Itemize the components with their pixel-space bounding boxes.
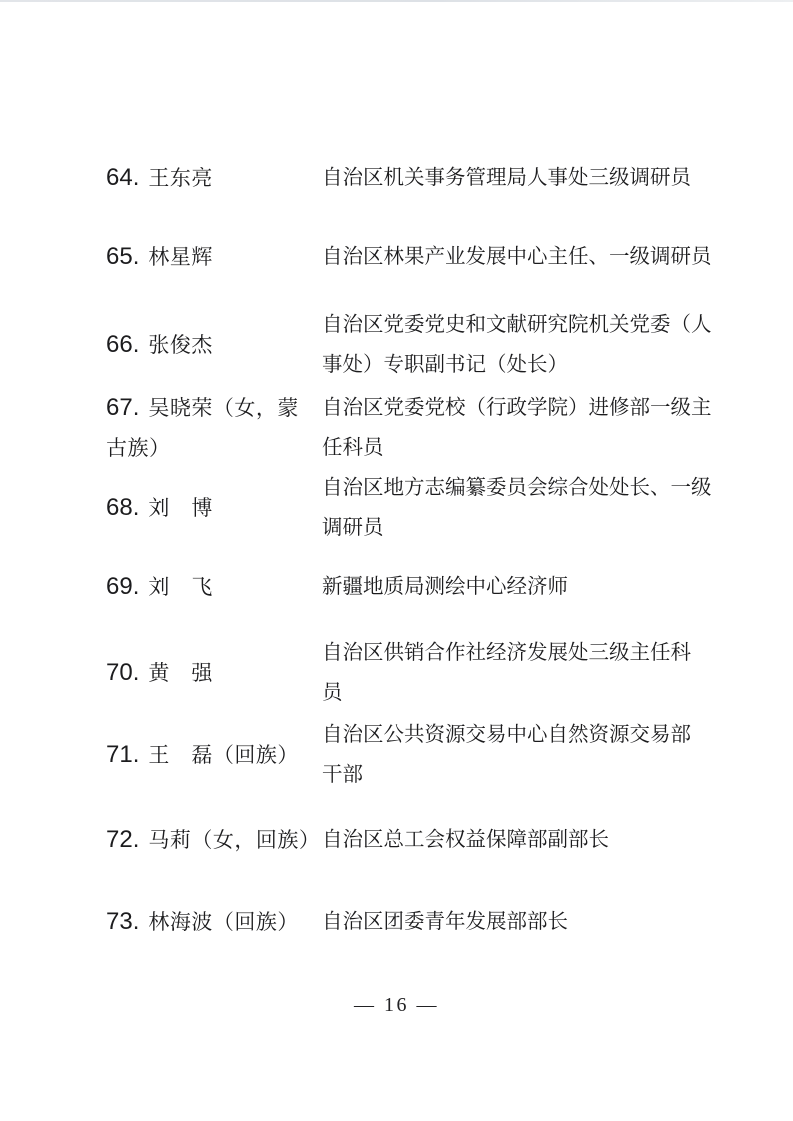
person-name-line: 72.马莉（女，回族） xyxy=(106,820,322,860)
position-line: 自治区林果产业发展中心主任、一级调研员 xyxy=(322,237,724,277)
name-text: 林海波（回族） xyxy=(148,910,299,934)
person-position: 新疆地质局测绘中心经济师 xyxy=(322,567,724,607)
item-number: 72. xyxy=(106,826,139,853)
item-number: 65. xyxy=(106,243,139,270)
page-footer: — 16 — xyxy=(0,985,793,1025)
page-number: — 16 — xyxy=(354,994,439,1016)
name-text: 王 磊（回族） xyxy=(148,743,299,767)
name-text: 刘 飞 xyxy=(148,575,213,599)
position-line: 任科员 xyxy=(322,428,724,468)
list-item: 73.林海波（回族） 自治区团委青年发展部部长 xyxy=(106,902,724,942)
name-text: 古族） xyxy=(106,436,171,460)
person-position: 自治区林果产业发展中心主任、一级调研员 xyxy=(322,237,724,277)
item-number: 70. xyxy=(106,659,139,686)
person-position: 自治区团委青年发展部部长 xyxy=(322,902,724,942)
position-line: 自治区供销合作社经济发展处三级主任科 xyxy=(322,633,724,673)
person-name: 67.吴晓荣（女，蒙古族） xyxy=(106,388,322,468)
position-line: 调研员 xyxy=(322,508,724,548)
person-name: 65.林星辉 xyxy=(106,237,322,277)
person-name-line: 66.张俊杰 xyxy=(106,325,322,365)
person-name-line: 65.林星辉 xyxy=(106,237,322,277)
person-name-line: 69.刘 飞 xyxy=(106,567,322,607)
person-name: 72.马莉（女，回族） xyxy=(106,820,322,860)
position-line: 自治区机关事务管理局人事处三级调研员 xyxy=(322,158,724,198)
list-item: 69.刘 飞 新疆地质局测绘中心经济师 xyxy=(106,567,724,607)
person-name: 64.王东亮 xyxy=(106,158,322,198)
position-line: 事处）专职副书记（处长） xyxy=(322,345,724,385)
list-item: 71.王 磊（回族） 自治区公共资源交易中心自然资源交易部干部 xyxy=(106,715,724,795)
personnel-roster-list: 64.王东亮 自治区机关事务管理局人事处三级调研员 65.林星辉 自治区林果产业… xyxy=(106,158,724,942)
item-number: 66. xyxy=(106,331,139,358)
person-name-line: 70.黄 强 xyxy=(106,653,322,693)
person-name: 68.刘 博 xyxy=(106,488,322,528)
person-name-line: 73.林海波（回族） xyxy=(106,902,322,942)
name-text: 刘 博 xyxy=(148,496,213,520)
list-item: 72.马莉（女，回族） 自治区总工会权益保障部副部长 xyxy=(106,820,724,860)
position-line: 自治区公共资源交易中心自然资源交易部 xyxy=(322,715,724,755)
name-text: 王东亮 xyxy=(148,166,213,190)
position-line: 自治区党委党校（行政学院）进修部一级主 xyxy=(322,388,724,428)
person-position: 自治区党委党史和文献研究院机关党委（人事处）专职副书记（处长） xyxy=(322,305,724,385)
person-name: 73.林海波（回族） xyxy=(106,902,322,942)
position-line: 自治区总工会权益保障部副部长 xyxy=(322,820,724,860)
list-item: 68.刘 博 自治区地方志编纂委员会综合处处长、一级调研员 xyxy=(106,468,724,548)
name-text: 林星辉 xyxy=(148,245,213,269)
item-number: 73. xyxy=(106,908,139,935)
item-number: 71. xyxy=(106,741,139,768)
person-position: 自治区机关事务管理局人事处三级调研员 xyxy=(322,158,724,198)
person-name-line: 71.王 磊（回族） xyxy=(106,735,322,775)
person-name-line: 68.刘 博 xyxy=(106,488,322,528)
list-item: 65.林星辉 自治区林果产业发展中心主任、一级调研员 xyxy=(106,237,724,277)
item-number: 64. xyxy=(106,164,139,191)
position-line: 自治区党委党史和文献研究院机关党委（人 xyxy=(322,305,724,345)
position-line: 新疆地质局测绘中心经济师 xyxy=(322,567,724,607)
person-name-line: 67.吴晓荣（女，蒙 xyxy=(106,388,322,428)
person-name: 71.王 磊（回族） xyxy=(106,735,322,775)
name-text: 黄 强 xyxy=(148,661,213,685)
item-number: 67. xyxy=(106,394,139,421)
position-line: 员 xyxy=(322,673,724,713)
person-name: 70.黄 强 xyxy=(106,653,322,693)
person-position: 自治区公共资源交易中心自然资源交易部干部 xyxy=(322,715,724,795)
person-position: 自治区总工会权益保障部副部长 xyxy=(322,820,724,860)
person-position: 自治区供销合作社经济发展处三级主任科员 xyxy=(322,633,724,713)
person-name-line: 古族） xyxy=(106,428,322,468)
person-position: 自治区党委党校（行政学院）进修部一级主任科员 xyxy=(322,388,724,468)
list-item: 70.黄 强 自治区供销合作社经济发展处三级主任科员 xyxy=(106,633,724,713)
scan-edge-artifact xyxy=(0,0,793,2)
position-line: 自治区团委青年发展部部长 xyxy=(322,902,724,942)
list-item: 64.王东亮 自治区机关事务管理局人事处三级调研员 xyxy=(106,158,724,198)
person-name: 66.张俊杰 xyxy=(106,325,322,365)
person-name-line: 64.王东亮 xyxy=(106,158,322,198)
name-text: 张俊杰 xyxy=(148,333,213,357)
item-number: 69. xyxy=(106,573,139,600)
position-line: 自治区地方志编纂委员会综合处处长、一级 xyxy=(322,468,724,508)
list-item: 66.张俊杰 自治区党委党史和文献研究院机关党委（人事处）专职副书记（处长） xyxy=(106,305,724,385)
position-line: 干部 xyxy=(322,755,724,795)
list-item: 67.吴晓荣（女，蒙古族） 自治区党委党校（行政学院）进修部一级主任科员 xyxy=(106,388,724,468)
document-page: 64.王东亮 自治区机关事务管理局人事处三级调研员 65.林星辉 自治区林果产业… xyxy=(0,0,793,1121)
item-number: 68. xyxy=(106,494,139,521)
person-position: 自治区地方志编纂委员会综合处处长、一级调研员 xyxy=(322,468,724,548)
person-name: 69.刘 飞 xyxy=(106,567,322,607)
name-text: 吴晓荣（女，蒙 xyxy=(148,396,299,420)
name-text: 马莉（女，回族） xyxy=(148,828,320,852)
